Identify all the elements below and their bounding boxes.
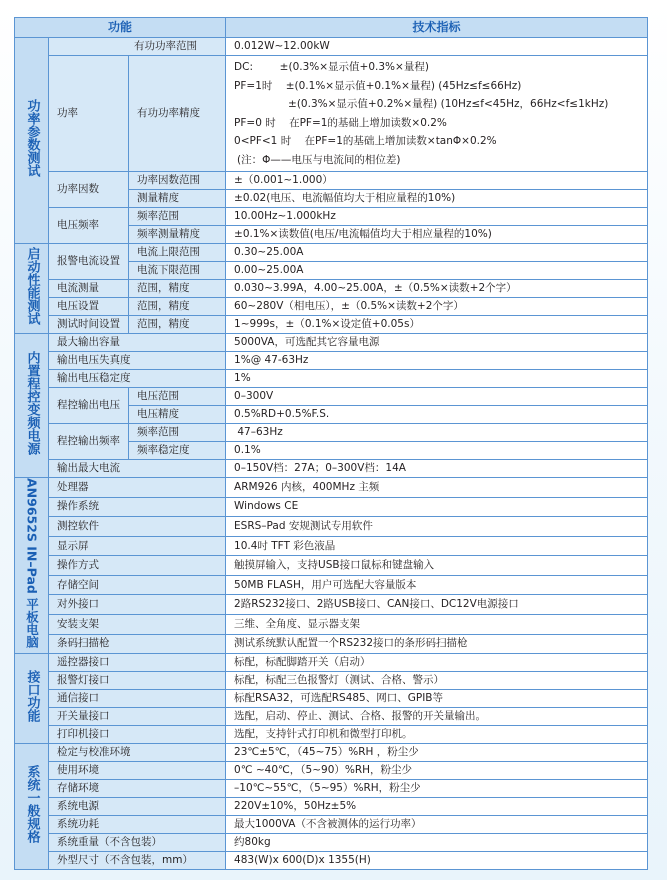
table-row: 测控软件ESRS–Pad 安规测试专用软件 [15,517,648,537]
section-title-power: 功率参数测试 [15,38,49,244]
row-value: 选配，支持针式打印机和微型打印机。 [226,726,648,744]
row-value: 10.4吋 TFT 彩色液晶 [226,536,648,556]
row-label: 检定与校准环境 [49,744,226,762]
row-value: Windows CE [226,497,648,517]
section-title-startup: 启动性能测试 [15,244,49,334]
row-sublabel: 频率稳定度 [129,442,226,460]
row-label: 处理器 [49,478,226,498]
table-row: 通信接口标配RSA32，可选配RS485、网口、GPIB等 [15,690,648,708]
row-value: 0–300V [226,388,648,406]
table-row: 测试时间设置 范围，精度 1~999s，±（0.1%×设定值+0.05s） [15,316,648,334]
row-label: 电流测量 [49,280,129,298]
table-row: 对外接口2路RS232接口、2路USB接口、CAN接口、DC12V电源接口 [15,595,648,615]
accuracy-line: PF=1时 ±(0.1%×显示值+0.1%×量程) (45Hz≤f≤66Hz) [234,77,647,96]
table-row: 系统功耗最大1000VA（不含被测体的运行功率） [15,816,648,834]
row-value: 0.00~25.00A [226,262,648,280]
row-label: 操作方式 [49,556,226,576]
row-value: 标配RSA32，可选配RS485、网口、GPIB等 [226,690,648,708]
table-header-row: 功能 技术指标 [15,18,648,38]
row-label: 系统功耗 [49,816,226,834]
row-value: 0.5%RD+0.5%F.S. [226,406,648,424]
row-label: 报警灯接口 [49,672,226,690]
row-label: 程控输出电压 [49,388,129,424]
row-label: 功率 [49,56,129,172]
table-row: 操作方式触摸屏输入，支持USB接口鼠标和键盘输入 [15,556,648,576]
table-row: 电压设置 范围，精度 60~280V（相电压），±（0.5%×读数+2个字） [15,298,648,316]
table-row: 启动性能测试 报警电流设置 电流上限范围 0.30~25.00A [15,244,648,262]
row-value: 50MB FLASH，用户可选配大容量版本 [226,575,648,595]
table-row: 内置程控变频电源 最大输出容量 5000VA，可选配其它容量电源 [15,334,648,352]
row-value: 0℃ ~40℃，（5~90）%RH，粉尘少 [226,762,648,780]
row-label: 显示屏 [49,536,226,556]
row-value-multiline: DC: ±(0.3%×显示值+0.3%×量程) PF=1时 ±(0.1%×显示值… [226,56,648,172]
row-label: 电压频率 [49,208,129,244]
row-label: 外型尺寸（不含包装，mm） [49,852,226,870]
section-title-interface: 接口功能 [15,654,49,744]
row-sublabel: 电流下限范围 [129,262,226,280]
row-value: 测试系统默认配置一个RS232接口的条形码扫描枪 [226,634,648,654]
row-value: ±0.02(电压、电流幅值均大于相应量程的10%) [226,190,648,208]
row-label: 输出电压失真度 [49,352,226,370]
row-value: 10.00Hz~1.000kHz [226,208,648,226]
row-value: 选配，启动、停止、测试、合格、报警的开关量输出。 [226,708,648,726]
table-row: 外型尺寸（不含包装，mm）483(W)x 600(D)x 1355(H) [15,852,648,870]
table-row: 输出电压失真度 1%@ 47-63Hz [15,352,648,370]
table-row: 接口功能 遥控器接口 标配，标配脚踏开关（启动） [15,654,648,672]
row-sublabel: 频率范围 [129,424,226,442]
table-row: AN9652S IN–Pad 平板电脑 处理器 ARM926 内核，400MHz… [15,478,648,498]
table-row: 电流测量 范围，精度 0.030~3.99A，4.00~25.00A，±（0.5… [15,280,648,298]
row-label: 开关量接口 [49,708,226,726]
table-row: 操作系统Windows CE [15,497,648,517]
row-sublabel: 范围，精度 [129,316,226,334]
row-value: 0.030~3.99A，4.00~25.00A，±（0.5%×读数+2个字） [226,280,648,298]
row-label: 打印机接口 [49,726,226,744]
row-value: 60~280V（相电压），±（0.5%×读数+2个字） [226,298,648,316]
accuracy-line: (注：Φ——电压与电流间的相位差) [234,151,647,170]
accuracy-line: DC: ±(0.3%×显示值+0.3%×量程) [234,58,647,77]
table-row: 开关量接口选配，启动、停止、测试、合格、报警的开关量输出。 [15,708,648,726]
row-value: ±（0.001~1.000） [226,172,648,190]
table-row: 程控输出频率 频率范围 47–63Hz [15,424,648,442]
header-function: 功能 [15,18,226,38]
row-sublabel: 范围，精度 [129,298,226,316]
row-label: 系统重量（不含包装） [49,834,226,852]
table-row: 存储环境–10℃~55℃，（5~95）%RH，粉尘少 [15,780,648,798]
table-row: 打印机接口选配，支持针式打印机和微型打印机。 [15,726,648,744]
table-row: 电压频率 频率范围 10.00Hz~1.000kHz [15,208,648,226]
table-row: 系统电源220V±10%，50Hz±5% [15,798,648,816]
row-label: 通信接口 [49,690,226,708]
row-label: 安装支架 [49,615,226,635]
row-value: 5000VA，可选配其它容量电源 [226,334,648,352]
section-title-source: 内置程控变频电源 [15,334,49,478]
row-sublabel: 功率因数范围 [129,172,226,190]
row-label: 系统电源 [49,798,226,816]
row-sublabel: 电压范围 [129,388,226,406]
row-label: 报警电流设置 [49,244,129,280]
accuracy-line: 0<PF<1 时 在PF=1的基础上增加读数×tanΦ×0.2% [234,132,647,151]
table-row: 功率因数 功率因数范围 ±（0.001~1.000） [15,172,648,190]
row-label: 输出最大电流 [49,460,226,478]
row-label: 操作系统 [49,497,226,517]
table-row: 显示屏10.4吋 TFT 彩色液晶 [15,536,648,556]
row-value: 触摸屏输入，支持USB接口鼠标和键盘输入 [226,556,648,576]
table-row: 安装支架三维、全角度、显示器支架 [15,615,648,635]
table-row: 功率参数测试 有功功率范围 0.012W~12.00kW [15,38,648,56]
row-value: 标配，标配脚踏开关（启动） [226,654,648,672]
table-row: 系统一般规格 检定与校准环境 23℃±5℃，（45~75）%RH ，粉尘少 [15,744,648,762]
row-value: 1% [226,370,648,388]
row-sublabel: 电压精度 [129,406,226,424]
row-label: 测控软件 [49,517,226,537]
row-sublabel: 有功功率精度 [129,56,226,172]
row-label: 存储空间 [49,575,226,595]
table-row: 系统重量（不含包装）约80kg [15,834,648,852]
row-value: 0.30~25.00A [226,244,648,262]
row-sublabel: 频率范围 [129,208,226,226]
row-value: 0.012W~12.00kW [226,38,648,56]
table-row: 存储空间50MB FLASH，用户可选配大容量版本 [15,575,648,595]
row-label: 程控输出频率 [49,424,129,460]
row-value: 标配，标配三色报警灯（测试、合格、警示） [226,672,648,690]
section-title-general: 系统一般规格 [15,744,49,870]
row-value: ESRS–Pad 安规测试专用软件 [226,517,648,537]
row-label: 测试时间设置 [49,316,129,334]
row-value: 1~999s，±（0.1%×设定值+0.05s） [226,316,648,334]
row-label: 条码扫描枪 [49,634,226,654]
row-value: 220V±10%，50Hz±5% [226,798,648,816]
row-value: 约80kg [226,834,648,852]
row-value: 47–63Hz [226,424,648,442]
section-title-pad: AN9652S IN–Pad 平板电脑 [15,478,49,654]
row-value: 最大1000VA（不含被测体的运行功率） [226,816,648,834]
row-sublabel: 电流上限范围 [129,244,226,262]
row-value: ARM926 内核，400MHz 主频 [226,478,648,498]
table-row: 使用环境0℃ ~40℃，（5~90）%RH，粉尘少 [15,762,648,780]
row-label: 对外接口 [49,595,226,615]
row-label: 存储环境 [49,780,226,798]
row-value: 0–150V档：27A；0–300V档：14A [226,460,648,478]
row-value: 23℃±5℃，（45~75）%RH ，粉尘少 [226,744,648,762]
row-sublabel: 频率测量精度 [129,226,226,244]
row-label: 使用环境 [49,762,226,780]
row-label: 电压设置 [49,298,129,316]
table-row: 功率 有功功率精度 DC: ±(0.3%×显示值+0.3%×量程) PF=1时 … [15,56,648,172]
row-label: 输出电压稳定度 [49,370,226,388]
spec-table: 功能 技术指标 功率参数测试 有功功率范围 0.012W~12.00kW 功率 … [14,17,648,870]
table-row: 条码扫描枪测试系统默认配置一个RS232接口的条形码扫描枪 [15,634,648,654]
row-value: 2路RS232接口、2路USB接口、CAN接口、DC12V电源接口 [226,595,648,615]
table-row: 报警灯接口标配，标配三色报警灯（测试、合格、警示） [15,672,648,690]
table-row: 输出最大电流 0–150V档：27A；0–300V档：14A [15,460,648,478]
row-value: 三维、全角度、显示器支架 [226,615,648,635]
table-row: 程控输出电压 电压范围 0–300V [15,388,648,406]
row-value: 0.1% [226,442,648,460]
accuracy-line: PF=0 时 在PF=1的基础上增加读数×0.2% [234,114,647,133]
row-sublabel: 测量精度 [129,190,226,208]
row-label: 最大输出容量 [49,334,226,352]
table-row: 输出电压稳定度 1% [15,370,648,388]
row-value: ±0.1%×读数值(电压/电流幅值均大于相应量程的10%) [226,226,648,244]
row-value: 1%@ 47-63Hz [226,352,648,370]
row-label: 有功功率范围 [49,38,226,56]
row-value: –10℃~55℃，（5~95）%RH，粉尘少 [226,780,648,798]
row-label: 功率因数 [49,172,129,208]
row-value: 483(W)x 600(D)x 1355(H) [226,852,648,870]
accuracy-line: ±(0.3%×显示值+0.2%×量程) (10Hz≤f<45Hz，66Hz<f≤… [234,95,647,114]
row-sublabel: 范围，精度 [129,280,226,298]
header-spec: 技术指标 [226,18,648,38]
row-label: 遥控器接口 [49,654,226,672]
